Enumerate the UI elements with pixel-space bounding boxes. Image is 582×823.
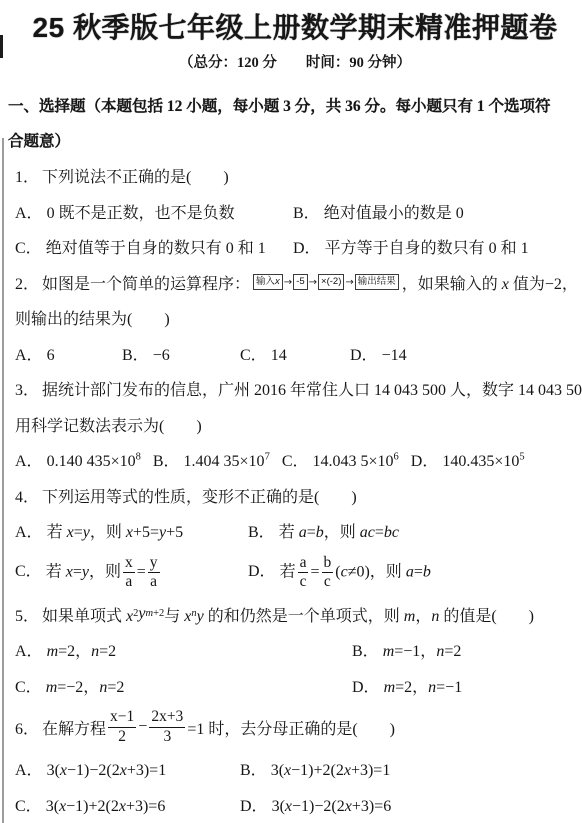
question-4-option-D: D．若ac=bc(c≠0)，则 a=b bbox=[248, 555, 431, 591]
question-5-option-B: B．m=−1，n=2 bbox=[352, 638, 461, 661]
option-label: D． bbox=[411, 453, 439, 470]
text-run: 绝对值最小的数是 0 bbox=[324, 205, 464, 222]
question-1-options-row: C．绝对值等于自身的数只有 0 和 1D．平方等于自身的数只有 0 和 1 bbox=[15, 229, 582, 265]
section-heading: 一、选择题（本题包括 12 小题，每小题 3 分，共 36 分。每小题只有 1 … bbox=[8, 87, 582, 158]
text-run: m=−2，n=2 bbox=[46, 679, 125, 696]
question-4-options-row: A．若 x=y，则 x+5=y+5B．若 a=b，则 ac=bc bbox=[15, 513, 582, 549]
question-1-option-B: B．绝对值最小的数是 0 bbox=[293, 200, 464, 223]
question-2-option-A: A．6 bbox=[15, 342, 122, 365]
question-3-options-row: A．0.140 435×108B．1.404 35×107C．14.043 5×… bbox=[15, 442, 582, 478]
option-label: A． bbox=[15, 643, 43, 660]
question-5-stem-line-1: 5．如果单项式 x2ym+2 与 xny 的和仍然是一个单项式，则 m，n 的值… bbox=[15, 597, 582, 633]
text-run: =1 时，去分母正确的是( ) bbox=[187, 716, 395, 739]
fraction: x−12 bbox=[108, 709, 136, 745]
question-5-option-A: A．m=2，n=2 bbox=[15, 638, 352, 661]
question-number: 3． bbox=[15, 377, 39, 400]
text-run: y 的和仍然是一个单项式，则 m，n 的值是( ) bbox=[197, 603, 534, 626]
exam-paper: 25 秋季版七年级上册数学期末精准押题卷 （总分：120 分 时间：90 分钟）… bbox=[0, 0, 582, 823]
page-edge-mark bbox=[0, 35, 3, 58]
text-run: 3(x−1)−2(2x+3)=1 bbox=[47, 762, 167, 779]
question-1-stem-line-1: 1．下列说法不正确的是( ) bbox=[15, 158, 582, 194]
arrow-icon: → bbox=[309, 277, 317, 288]
text-run: ，如果输入的 x 值为−2， bbox=[402, 271, 578, 294]
text-run: (c≠0)，则 a=b bbox=[335, 563, 431, 580]
text-run: 6 bbox=[47, 347, 55, 364]
question-3-stem-line-1: 3．据统计部门发布的信息，广州 2016 年常住人口 14 043 500 人，… bbox=[15, 371, 582, 407]
option-label: D． bbox=[350, 347, 378, 364]
page-edge-line bbox=[2, 138, 4, 823]
question-4-stem-line-1: 4．下列运用等式的性质，变形不正确的是( ) bbox=[15, 478, 582, 514]
fraction: ac bbox=[298, 555, 309, 591]
text-run: 在解方程 bbox=[42, 716, 106, 739]
section-heading-line-2: 合题意） bbox=[8, 123, 582, 159]
question-2-stem-line-2: 则输出的结果为( ) bbox=[15, 300, 582, 336]
text-run: 下列运用等式的性质，变形不正确的是( ) bbox=[42, 484, 357, 507]
question-number: 1． bbox=[15, 164, 39, 187]
text-run: 如果单项式 x bbox=[42, 603, 133, 626]
text-run: 0 既不是正数，也不是负数 bbox=[47, 205, 235, 222]
text-run: 若 bbox=[280, 563, 296, 580]
question-3: 3．据统计部门发布的信息，广州 2016 年常住人口 14 043 500 人，… bbox=[15, 371, 582, 478]
text-run: 若 x=y，则 bbox=[46, 563, 121, 580]
question-2-option-C: C．14 bbox=[240, 342, 350, 365]
option-label: C． bbox=[282, 453, 309, 470]
text-run: 与 x bbox=[164, 603, 191, 626]
question-5-options-row: A．m=2，n=2B．m=−1，n=2 bbox=[15, 632, 582, 668]
question-2-stem-line-1: 2．如图是一个简单的运算程序：输入x→-5→×(-2)→输出结果，如果输入的 x… bbox=[15, 265, 582, 301]
option-label: D． bbox=[293, 240, 321, 257]
text-run: m=2，n=−1 bbox=[384, 679, 463, 696]
question-4-options-row: C．若 x=y，则xa=yaD．若ac=bc(c≠0)，则 a=b bbox=[15, 549, 582, 597]
fraction: xa bbox=[123, 555, 135, 591]
question-1: 1．下列说法不正确的是( )A．0 既不是正数，也不是负数B．绝对值最小的数是 … bbox=[15, 158, 582, 265]
question-number: 2． bbox=[15, 271, 39, 294]
option-label: C． bbox=[240, 347, 267, 364]
questions-list: 1．下列说法不正确的是( )A．0 既不是正数，也不是负数B．绝对值最小的数是 … bbox=[8, 158, 582, 822]
text-run: 140.435×10 bbox=[442, 453, 519, 470]
flowchart-box: ×(-2) bbox=[318, 274, 344, 290]
question-5: 5．如果单项式 x2ym+2 与 xny 的和仍然是一个单项式，则 m，n 的值… bbox=[15, 597, 582, 704]
text-run: 下列说法不正确的是( ) bbox=[42, 164, 229, 187]
question-3-option-A: A．0.140 435×108 bbox=[15, 448, 141, 471]
arrow-icon: → bbox=[345, 277, 353, 288]
text-run: m=2，n=2 bbox=[47, 643, 117, 660]
flowchart: 输入x→-5→×(-2)→输出结果 bbox=[253, 274, 399, 290]
text-run: 1.404 35×10 bbox=[184, 453, 265, 470]
text-run: = bbox=[310, 563, 319, 580]
question-6-options-row: A．3(x−1)−2(2x+3)=1B．3(x−1)+2(2x+3)=1 bbox=[15, 751, 582, 787]
question-6-option-B: B．3(x−1)+2(2x+3)=1 bbox=[240, 757, 390, 780]
question-2-option-D: D．−14 bbox=[350, 342, 407, 365]
question-6-option-D: D．3(x−1)−2(2x+3)=6 bbox=[240, 793, 391, 816]
text-run: 3(x−1)+2(2x+3)=1 bbox=[271, 762, 391, 779]
question-4-option-A: A．若 x=y，则 x+5=y+5 bbox=[15, 519, 248, 542]
text-run: 绝对值等于自身的数只有 0 和 1 bbox=[46, 240, 266, 257]
superscript: 8 bbox=[136, 452, 141, 463]
text-run: 14.043 5×10 bbox=[313, 453, 394, 470]
question-1-option-C: C．绝对值等于自身的数只有 0 和 1 bbox=[15, 235, 293, 258]
question-4: 4．下列运用等式的性质，变形不正确的是( )A．若 x=y，则 x+5=y+5B… bbox=[15, 478, 582, 597]
option-label: C． bbox=[15, 679, 42, 696]
option-label: C． bbox=[15, 563, 42, 580]
text-run: −6 bbox=[153, 347, 170, 364]
option-label: D． bbox=[352, 679, 380, 696]
option-label: B． bbox=[240, 762, 267, 779]
flowchart-box: 输出结果 bbox=[355, 274, 399, 290]
text-run: 据统计部门发布的信息，广州 2016 年常住人口 14 043 500 人，数字… bbox=[42, 377, 582, 400]
option-label: B． bbox=[153, 453, 180, 470]
question-5-options-row: C．m=−2，n=2D．m=2，n=−1 bbox=[15, 668, 582, 704]
question-6-options-row: C．3(x−1)+2(2x+3)=6D．3(x−1)−2(2x+3)=6 bbox=[15, 787, 582, 823]
question-3-option-B: B．1.404 35×107 bbox=[153, 448, 270, 471]
text-run: 14 bbox=[271, 347, 287, 364]
question-4-option-C: C．若 x=y，则xa=ya bbox=[15, 555, 248, 591]
flowchart-box: 输入x bbox=[253, 274, 283, 290]
fraction: ya bbox=[148, 555, 160, 591]
text-run: 若 x=y，则 x+5=y+5 bbox=[47, 524, 184, 541]
question-number: 6． bbox=[15, 716, 39, 739]
text-run: 0.140 435×10 bbox=[47, 453, 136, 470]
question-3-option-C: C．14.043 5×106 bbox=[282, 448, 399, 471]
question-6-option-C: C．3(x−1)+2(2x+3)=6 bbox=[15, 793, 240, 816]
option-label: A． bbox=[15, 453, 43, 470]
question-6-stem-line-1: 6．在解方程x−12−2x+33=1 时，去分母正确的是( ) bbox=[15, 703, 582, 751]
text-run: 平方等于自身的数只有 0 和 1 bbox=[325, 240, 529, 257]
text-run: − bbox=[138, 718, 147, 736]
text-run: 用科学记数法表示为( ) bbox=[15, 413, 202, 436]
option-label: A． bbox=[15, 524, 43, 541]
text-run: 则输出的结果为( ) bbox=[15, 306, 170, 329]
text-run: 3(x−1)+2(2x+3)=6 bbox=[46, 798, 166, 815]
fraction: 2x+33 bbox=[149, 709, 185, 745]
superscript: 7 bbox=[265, 452, 270, 463]
text-run: −14 bbox=[382, 347, 407, 364]
text-run: 如图是一个简单的运算程序： bbox=[42, 271, 250, 294]
option-label: B． bbox=[293, 205, 320, 222]
question-1-options-row: A．0 既不是正数，也不是负数B．绝对值最小的数是 0 bbox=[15, 194, 582, 230]
option-label: C． bbox=[15, 240, 42, 257]
question-6: 6．在解方程x−12−2x+33=1 时，去分母正确的是( )A．3(x−1)−… bbox=[15, 703, 582, 822]
flowchart-box: -5 bbox=[293, 274, 307, 290]
option-label: A． bbox=[15, 205, 43, 222]
fraction: bc bbox=[322, 555, 334, 591]
question-5-option-D: D．m=2，n=−1 bbox=[352, 674, 462, 697]
question-3-option-D: D．140.435×105 bbox=[411, 448, 525, 471]
question-number: 4． bbox=[15, 484, 39, 507]
question-5-option-C: C．m=−2，n=2 bbox=[15, 674, 352, 697]
question-2-options-row: A．6B．−6C．14D．−14 bbox=[15, 336, 582, 372]
option-label: B． bbox=[248, 524, 275, 541]
option-label: A． bbox=[15, 762, 43, 779]
arrow-icon: → bbox=[284, 277, 292, 288]
option-label: C． bbox=[15, 798, 42, 815]
question-number: 5． bbox=[15, 603, 39, 626]
option-label: D． bbox=[248, 563, 276, 580]
question-6-option-A: A．3(x−1)−2(2x+3)=1 bbox=[15, 757, 240, 780]
paper-subtitle: （总分：120 分 时间：90 分钟） bbox=[8, 54, 582, 73]
option-label: B． bbox=[352, 643, 379, 660]
text-run: m=−1，n=2 bbox=[383, 643, 462, 660]
question-2-option-B: B．−6 bbox=[122, 342, 240, 365]
option-label: B． bbox=[122, 347, 149, 364]
paper-title: 25 秋季版七年级上册数学期末精准押题卷 bbox=[8, 0, 582, 45]
superscript: 5 bbox=[519, 452, 524, 463]
option-label: D． bbox=[240, 798, 268, 815]
text-run: y bbox=[138, 605, 145, 623]
question-2: 2．如图是一个简单的运算程序：输入x→-5→×(-2)→输出结果，如果输入的 x… bbox=[15, 265, 582, 372]
option-label: A． bbox=[15, 347, 43, 364]
question-4-option-B: B．若 a=b，则 ac=bc bbox=[248, 519, 399, 542]
text-run: = bbox=[137, 563, 146, 580]
superscript: 6 bbox=[394, 452, 399, 463]
text-run: 3(x−1)−2(2x+3)=6 bbox=[272, 798, 392, 815]
section-heading-line-1: 一、选择题（本题包括 12 小题，每小题 3 分，共 36 分。每小题只有 1 … bbox=[8, 87, 582, 123]
question-1-option-D: D．平方等于自身的数只有 0 和 1 bbox=[293, 235, 529, 258]
question-1-option-A: A．0 既不是正数，也不是负数 bbox=[15, 200, 293, 223]
text-run: 若 a=b，则 ac=bc bbox=[279, 524, 399, 541]
question-3-stem-line-2: 用科学记数法表示为( ) bbox=[15, 407, 582, 443]
